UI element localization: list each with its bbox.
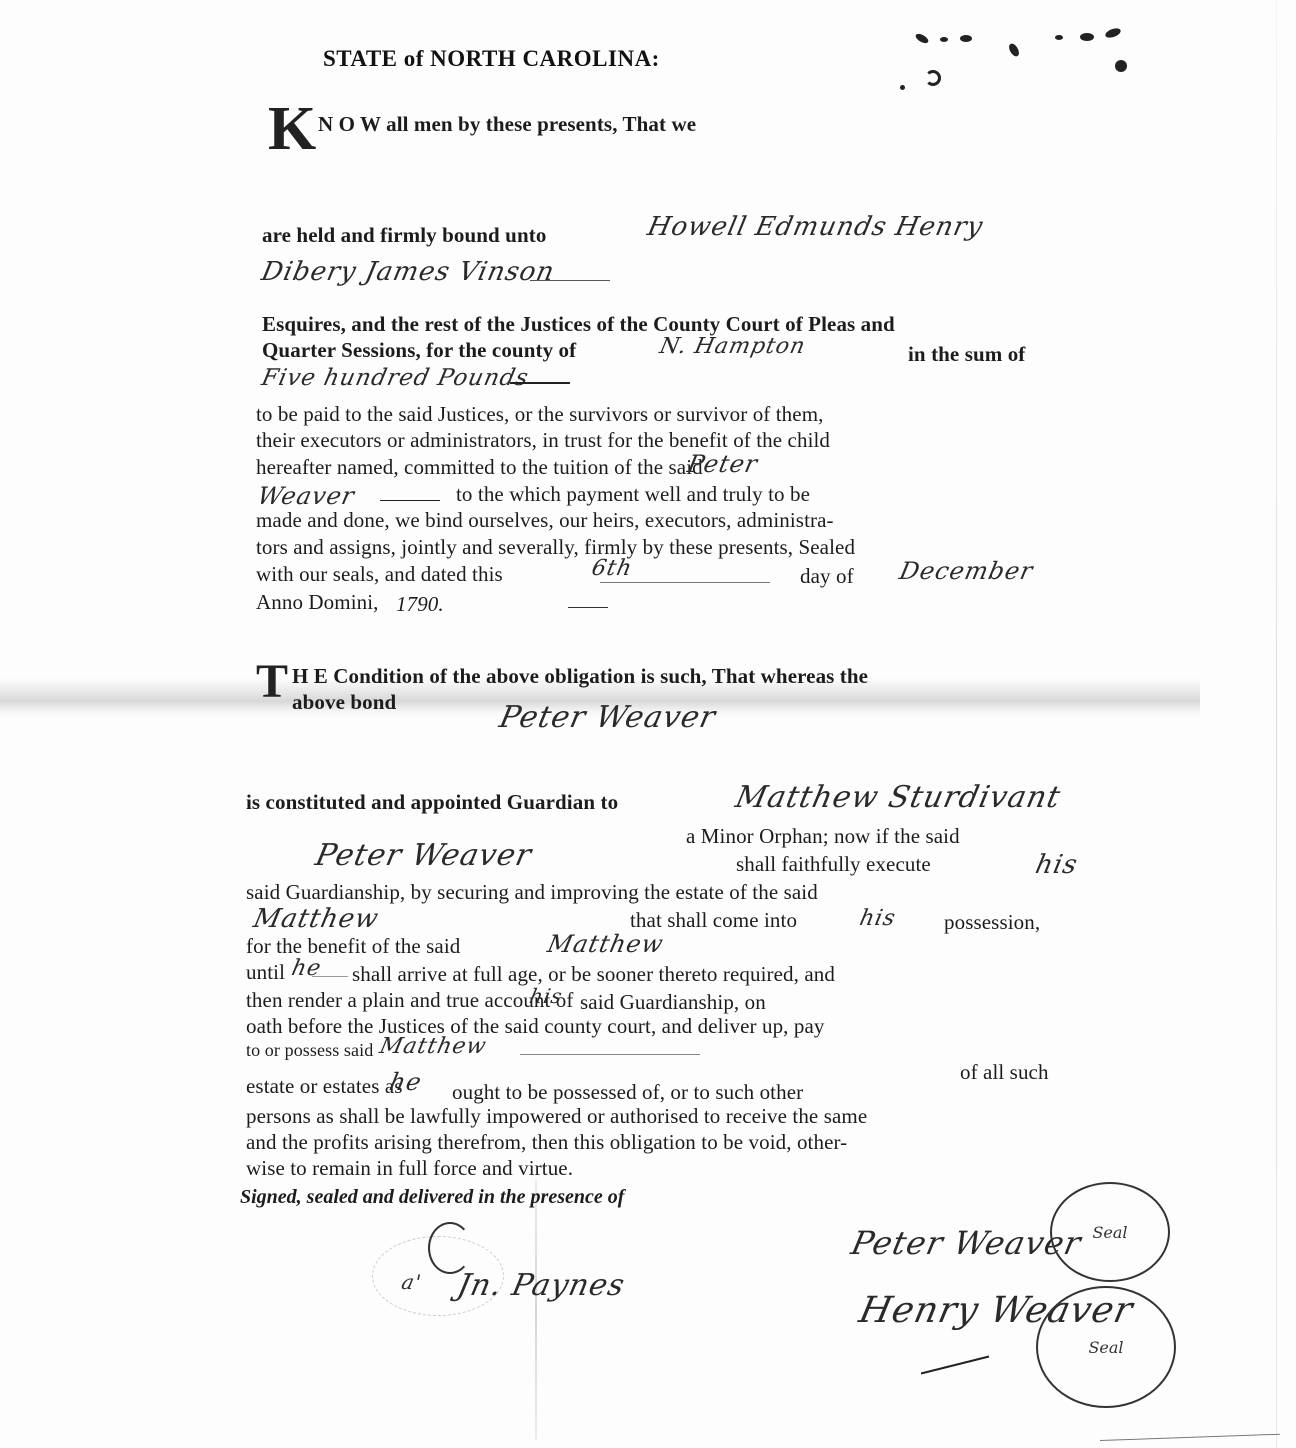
- profits-arising-line: and the profits arising therefrom, then …: [246, 1130, 847, 1155]
- handwritten-his-1: his: [1033, 850, 1081, 880]
- condition-line-1: H E Condition of the above obligation is…: [292, 664, 868, 689]
- handwritten-he-2: he: [387, 1068, 425, 1096]
- paper-edge-right: [1276, 0, 1277, 1448]
- blank-rule: [568, 607, 608, 608]
- opening-line: N O W all men by these presents, That we: [318, 112, 696, 137]
- vertical-fold-line: [535, 1180, 537, 1440]
- attestation-clause: Signed, sealed and delivered in the pres…: [240, 1186, 624, 1209]
- appointed-guardian-text: is constituted and appointed Guardian to: [246, 790, 618, 815]
- drop-cap-k: K: [268, 94, 316, 165]
- all-such-text: of all such: [960, 1060, 1049, 1085]
- lawfully-impowered-line: persons as shall be lawfully impowered o…: [246, 1104, 867, 1129]
- full-force-line: wise to remain in full force and virtue.: [246, 1156, 573, 1181]
- handwritten-day: 6th: [589, 556, 634, 581]
- oath-line: oath before the Justices of the said cou…: [246, 1014, 825, 1039]
- document-title: STATE of NORTH CAROLINA:: [323, 46, 660, 72]
- paper-edge-bottom: [1100, 1434, 1280, 1441]
- bond-line-paid: to be paid to the said Justices, or the …: [256, 402, 824, 427]
- handwritten-county: N. Hampton: [657, 334, 808, 359]
- above-bond-text: above bond: [292, 690, 396, 715]
- handwritten-he-1: he: [289, 956, 324, 981]
- handwritten-justices-1: Howell Edmunds Henry: [645, 212, 986, 242]
- scanned-document-page: STATE of NORTH CAROLINA: K N O W all men…: [0, 0, 1296, 1448]
- signature-underline: [921, 1356, 989, 1375]
- handwritten-guardian-first: Peter: [685, 450, 761, 478]
- wax-seal-1: Seal: [1050, 1182, 1170, 1282]
- sum-of-text: in the sum of: [908, 342, 1025, 367]
- handwritten-his-3: his: [527, 984, 565, 1008]
- wax-seal-2: Seal: [1036, 1286, 1176, 1408]
- handwritten-orphan-first-3: Matthew: [377, 1034, 489, 1059]
- estates-as-text: estate or estates as: [246, 1074, 403, 1099]
- blank-rule: [510, 382, 570, 384]
- bond-line-assigns: tors and assigns, jointly and severally,…: [256, 535, 855, 560]
- anno-domini-text: Anno Domini,: [256, 590, 379, 615]
- witness-name: Jn. Paynes: [454, 1268, 628, 1303]
- blank-rule: [520, 1054, 700, 1055]
- handwritten-amount: Five hundred Pounds: [259, 365, 531, 391]
- handwritten-guardian-last: Weaver: [255, 482, 357, 510]
- blank-rule: [600, 582, 770, 583]
- handwritten-guardian-name: Peter Weaver: [312, 838, 535, 873]
- full-age-text: shall arrive at full age, or be sooner t…: [352, 962, 835, 987]
- handwritten-justices-2: Dibery James Vinson: [259, 257, 558, 287]
- bound-unto-text: are held and firmly bound unto: [262, 223, 546, 248]
- blank-rule: [380, 500, 440, 501]
- faithfully-execute-text: shall faithfully execute: [736, 852, 931, 877]
- blank-rule: [530, 280, 610, 281]
- bond-line-hereafter: hereafter named, committed to the tuitio…: [256, 455, 703, 480]
- quarter-sessions-text: Quarter Sessions, for the county of: [262, 338, 576, 363]
- year-text: 1790.: [396, 592, 444, 617]
- handwritten-orphan-first-1: Matthew: [251, 904, 382, 934]
- bond-line-payment: to the which payment well and truly to b…: [456, 482, 810, 507]
- handwritten-orphan-name: Matthew Sturdivant: [732, 780, 1064, 815]
- handwritten-bond-principal: Peter Weaver: [496, 700, 719, 735]
- handwritten-orphan-first-2: Matthew: [545, 930, 666, 958]
- possession-text: possession,: [944, 910, 1040, 935]
- day-of-text: day of: [800, 564, 854, 589]
- possessed-of-text: ought to be possessed of, or to such oth…: [452, 1080, 803, 1105]
- minor-orphan-text: a Minor Orphan; now if the said: [686, 824, 960, 849]
- blank-rule: [312, 976, 348, 977]
- until-text: until: [246, 960, 285, 985]
- render-account-text: then render a plain and true account of: [246, 988, 574, 1013]
- handwritten-month: December: [897, 557, 1036, 585]
- possess-said-text: to or possess said: [246, 1040, 373, 1061]
- bond-line-dated: with our seals, and dated this: [256, 562, 503, 587]
- condition-line-guardianship: said Guardianship, by securing and impro…: [246, 880, 818, 905]
- said-guardianship-text: said Guardianship, on: [580, 990, 766, 1015]
- witness-flourish: [428, 1222, 472, 1274]
- bond-line-made-done: made and done, we bind ourselves, our he…: [256, 508, 834, 533]
- drop-cap-t: T: [256, 654, 288, 709]
- benefit-text: for the benefit of the said: [246, 934, 460, 959]
- corner-ink-marks: [880, 25, 1160, 105]
- handwritten-his-2: his: [857, 906, 898, 931]
